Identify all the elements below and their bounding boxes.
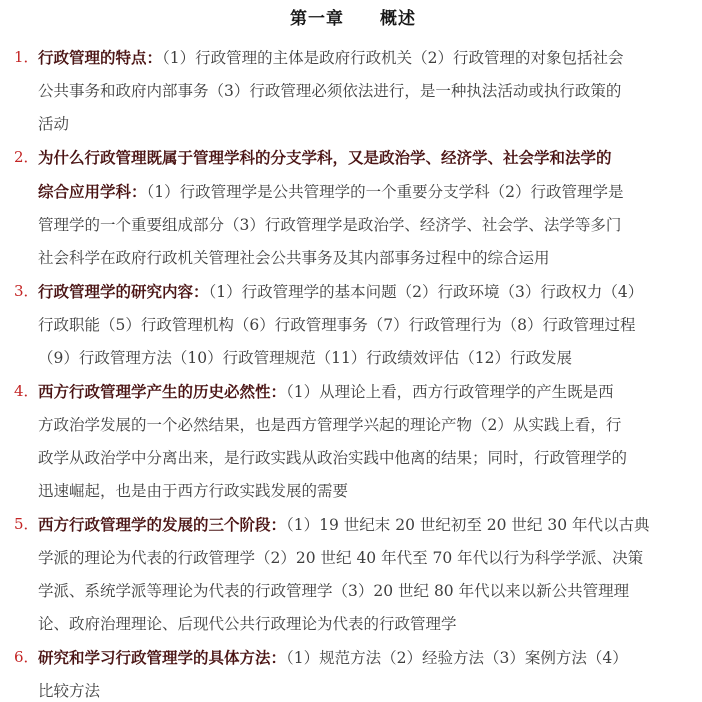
text-line: 学派、系统学派等理论为代表的行政管理学（3）20 世纪 80 年代以来以新公共管… — [38, 575, 692, 608]
notes-list: 1．行政管理的特点：（1）行政管理的主体是政府行政机关（2）行政管理的对象包括社… — [14, 41, 692, 702]
text-line: 公共事务和政府内部事务（3）行政管理必须依法进行，是一种执法活动或执行政策的 — [38, 75, 692, 108]
text-line: 行政职能（5）行政管理机构（6）行政管理事务（7）行政管理行为（8）行政管理过程 — [38, 309, 692, 342]
text-line: （9）行政管理方法（10）行政管理规范（11）行政绩效评估（12）行政发展 — [38, 342, 692, 375]
body-text: 比较方法 — [38, 682, 100, 700]
text-line: 活动 — [38, 108, 692, 141]
body-text: （1）行政管理学是公共管理学的一个重要分支学科（2）行政管理学是 — [147, 183, 624, 201]
text-line: 为什么行政管理既属于管理学科的分支学科，又是政治学、经济学、社会学和法学的 — [38, 141, 692, 175]
body-text: （9）行政管理方法（10）行政管理规范（11）行政绩效评估（12）行政发展 — [38, 349, 572, 367]
body-text: （1）规范方法（2）经验方法（3）案例方法（4） — [286, 649, 628, 667]
body-text: 迅速崛起，也是由于西方行政实践发展的需要 — [38, 482, 348, 500]
body-text: （1）从理论上看，西方行政管理学的产生既是西 — [286, 383, 614, 401]
list-item: 6．研究和学习行政管理学的具体方法：（1）规范方法（2）经验方法（3）案例方法（… — [14, 641, 692, 702]
text-line: 迅速崛起，也是由于西方行政实践发展的需要 — [38, 475, 692, 508]
body-text: 管理学的一个重要组成部分（3）行政管理学是政治学、经济学、社会学、法学等多门 — [38, 216, 621, 234]
text-line: 西方行政管理学产生的历史必然性：（1）从理论上看，西方行政管理学的产生既是西 — [38, 375, 692, 409]
heading-text: 行政管理学的研究内容： — [38, 282, 209, 301]
list-item-number: 1． — [14, 41, 39, 74]
list-item: 4．西方行政管理学产生的历史必然性：（1）从理论上看，西方行政管理学的产生既是西… — [14, 375, 692, 508]
body-text: 公共事务和政府内部事务（3）行政管理必须依法进行，是一种执法活动或执行政策的 — [38, 82, 621, 100]
list-item: 1．行政管理的特点：（1）行政管理的主体是政府行政机关（2）行政管理的对象包括社… — [14, 41, 692, 141]
body-text: 方政治学发展的一个必然结果，也是西方管理学兴起的理论产物（2）从实践上看，行 — [38, 416, 621, 434]
body-text: 论、政府治理理论、后现代公共行政理论为代表的行政管理学 — [38, 615, 457, 633]
list-item-number: 6． — [14, 641, 39, 674]
body-text: （1）行政管理学的基本问题（2）行政环境（3）行政权力（4） — [209, 283, 644, 301]
body-text: 行政职能（5）行政管理机构（6）行政管理事务（7）行政管理行为（8）行政管理过程 — [38, 316, 635, 334]
text-line: 西方行政管理学的发展的三个阶段：（1）19 世纪末 20 世纪初至 20 世纪 … — [38, 508, 692, 542]
list-item-number: 5． — [14, 508, 39, 541]
document-page: 第一章 概述 1．行政管理的特点：（1）行政管理的主体是政府行政机关（2）行政管… — [0, 0, 702, 702]
text-line: 综合应用学科：（1）行政管理学是公共管理学的一个重要分支学科（2）行政管理学是 — [38, 175, 692, 209]
body-text: 社会科学在政府行政机关管理社会公共事务及其内部事务过程中的综合运用 — [38, 249, 550, 267]
heading-text: 综合应用学科： — [38, 182, 147, 201]
list-item: 2．为什么行政管理既属于管理学科的分支学科，又是政治学、经济学、社会学和法学的综… — [14, 141, 692, 275]
text-line: 方政治学发展的一个必然结果，也是西方管理学兴起的理论产物（2）从实践上看，行 — [38, 409, 692, 442]
text-line: 管理学的一个重要组成部分（3）行政管理学是政治学、经济学、社会学、法学等多门 — [38, 209, 692, 242]
heading-text: 研究和学习行政管理学的具体方法： — [38, 648, 286, 667]
heading-text: 为什么行政管理既属于管理学科的分支学科，又是政治学、经济学、社会学和法学的 — [38, 148, 612, 167]
text-line: 学派的理论为代表的行政管理学（2）20 世纪 40 年代至 70 年代以行为科学… — [38, 542, 692, 575]
text-line: 行政管理学的研究内容：（1）行政管理学的基本问题（2）行政环境（3）行政权力（4… — [38, 275, 692, 309]
heading-text: 行政管理的特点： — [38, 48, 162, 67]
list-item-number: 4． — [14, 375, 39, 408]
body-text: 学派的理论为代表的行政管理学（2）20 世纪 40 年代至 70 年代以行为科学… — [38, 549, 643, 567]
body-text: 政学从政治学中分离出来，是行政实践从政治实践中他离的结果；同时，行政管理学的 — [38, 449, 627, 467]
body-text: 学派、系统学派等理论为代表的行政管理学（3）20 世纪 80 年代以来以新公共管… — [38, 582, 629, 600]
heading-text: 西方行政管理学的发展的三个阶段： — [38, 515, 286, 534]
list-item-number: 3． — [14, 275, 39, 308]
chapter-title: 第一章 概述 — [14, 6, 692, 32]
list-item-number: 2． — [14, 141, 39, 174]
text-line: 研究和学习行政管理学的具体方法：（1）规范方法（2）经验方法（3）案例方法（4） — [38, 641, 692, 675]
text-line: 社会科学在政府行政机关管理社会公共事务及其内部事务过程中的综合运用 — [38, 242, 692, 275]
text-line: 比较方法 — [38, 675, 692, 702]
text-line: 政学从政治学中分离出来，是行政实践从政治实践中他离的结果；同时，行政管理学的 — [38, 442, 692, 475]
text-line: 论、政府治理理论、后现代公共行政理论为代表的行政管理学 — [38, 608, 692, 641]
list-item: 5．西方行政管理学的发展的三个阶段：（1）19 世纪末 20 世纪初至 20 世… — [14, 508, 692, 641]
body-text: 活动 — [38, 115, 69, 133]
body-text: （1）行政管理的主体是政府行政机关（2）行政管理的对象包括社会 — [162, 49, 623, 67]
body-text: （1）19 世纪末 20 世纪初至 20 世纪 30 年代以古典 — [286, 516, 650, 534]
heading-text: 西方行政管理学产生的历史必然性： — [38, 382, 286, 401]
list-item: 3．行政管理学的研究内容：（1）行政管理学的基本问题（2）行政环境（3）行政权力… — [14, 275, 692, 375]
text-line: 行政管理的特点：（1）行政管理的主体是政府行政机关（2）行政管理的对象包括社会 — [38, 41, 692, 75]
